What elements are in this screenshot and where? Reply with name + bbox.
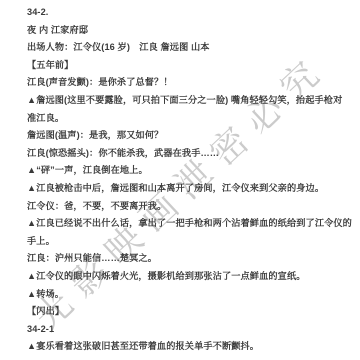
script-content: 34-2.夜 内 江家府邸出场人物：江令仪(16 岁) 江良 詹远图 山本【五年… — [27, 4, 360, 356]
script-line: 手上。 — [27, 233, 360, 251]
script-line: 34-2-1 — [27, 321, 360, 339]
script-line: 江良：沪州只能信……楚冥之。 — [27, 250, 360, 268]
script-line: ▲“砰”一声，江良倒在地上。 — [27, 162, 360, 180]
script-line: 夜 内 江家府邸 — [27, 22, 360, 40]
script-line: 江良(声音发颤)：是你杀了总督？！ — [27, 74, 360, 92]
script-line: 詹远图(温声)：是我，那又如何？ — [27, 127, 360, 145]
script-line: 江良(惊恐摇头)：你不能杀我，武器在我手…… — [27, 145, 360, 163]
script-line: 【闪出】 — [27, 303, 360, 321]
script-line: ▲詹远图(这里不要露脸，可只拍下面三分之一脸) 嘴角轻轻勾笑，抬起手枪对 — [27, 92, 360, 110]
script-line: ▲江良被枪击中后，詹远图和山本离开了房间，江令仪来到父亲的身边。 — [27, 180, 360, 198]
script-line: 准江良。 — [27, 110, 360, 128]
script-line: 34-2. — [27, 4, 360, 22]
script-line: ▲宴乐看着这张破旧甚至还带着血的报关单手不断颤抖。 — [27, 338, 360, 356]
script-line: ▲江令仪的眼中闪烁着火光，摄影机给到那张沾了一点鲜血的宣纸。 — [27, 268, 360, 286]
script-line: ▲江良已经说不出什么话，拿出了一把手枪和两个沾着鲜血的纸给到了江令仪的 — [27, 215, 360, 233]
script-line: 【五年前】 — [27, 57, 360, 75]
script-line: ▲转场。 — [27, 286, 360, 304]
script-page: 光影映画泄密必究 34-2.夜 内 江家府邸出场人物：江令仪(16 岁) 江良 … — [0, 0, 360, 360]
script-line: 出场人物：江令仪(16 岁) 江良 詹远图 山本 — [27, 39, 360, 57]
script-line: 江令仪：爸，不要，不要离开我。 — [27, 198, 360, 216]
